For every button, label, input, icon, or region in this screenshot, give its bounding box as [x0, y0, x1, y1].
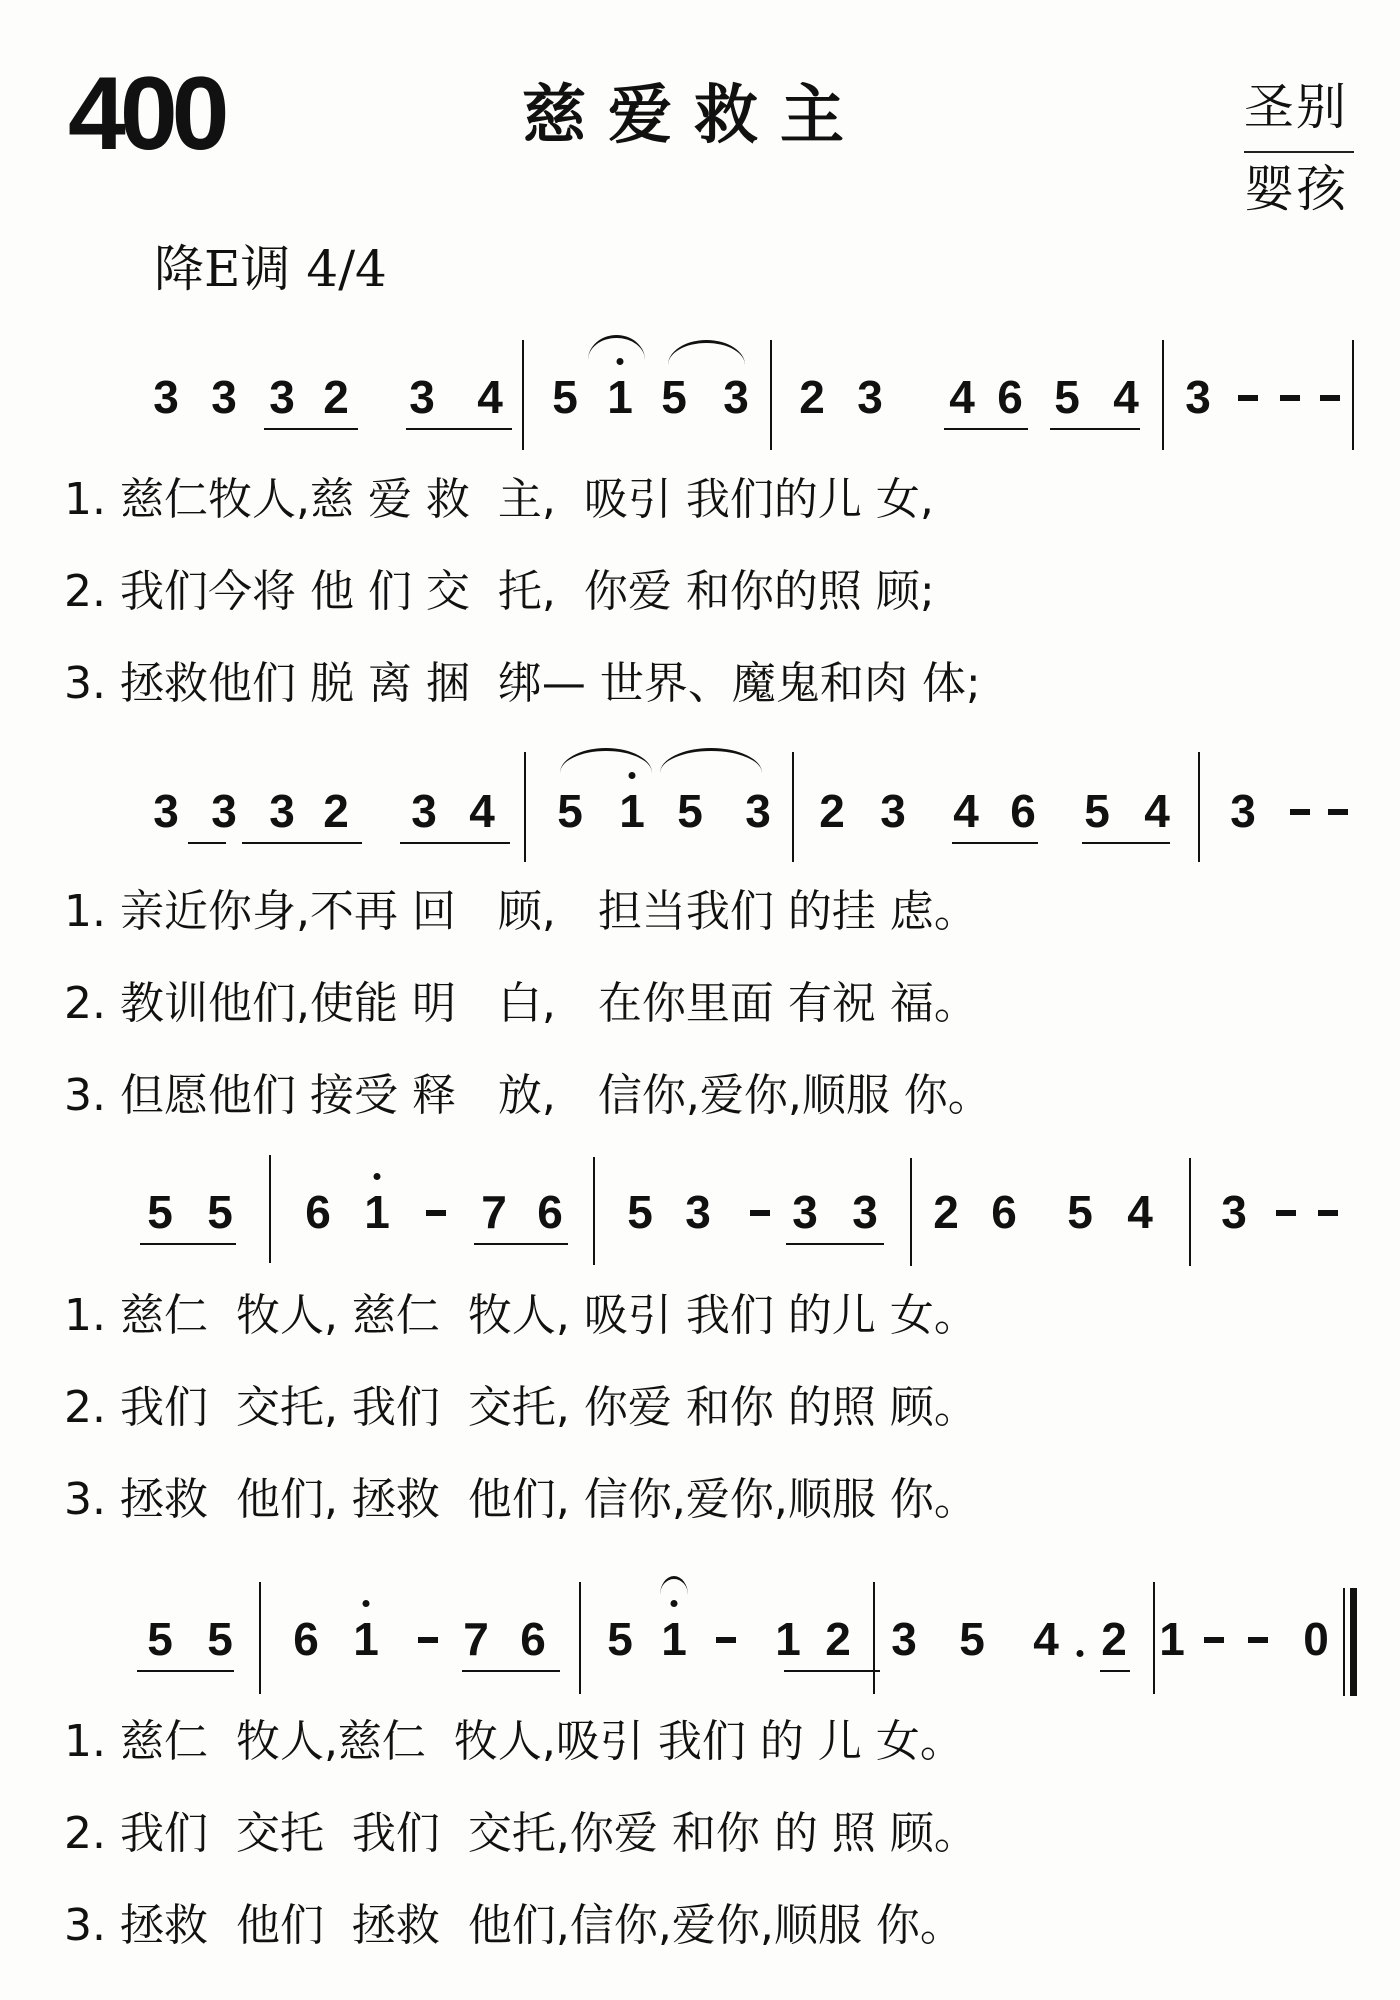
note: 2 [819, 788, 845, 834]
high-octave-dot [671, 1600, 678, 1607]
barline [269, 1155, 271, 1263]
category-bottom: 婴孩 [1244, 164, 1348, 214]
note: 4 [469, 788, 495, 834]
note: 3 [723, 374, 749, 420]
eighth-underline [952, 842, 1038, 844]
note: 4 [1113, 374, 1139, 420]
note: 5 [1084, 788, 1110, 834]
extension-dash [750, 1210, 770, 1216]
note: 4 [1144, 788, 1170, 834]
note: 7 [463, 1616, 489, 1662]
barline [873, 1582, 875, 1694]
note: 6 [537, 1189, 563, 1235]
eighth-underline [137, 1670, 234, 1672]
note: 3 [153, 374, 179, 420]
note: 2 [933, 1189, 959, 1235]
key-signature: 降E调 4/4 [154, 244, 387, 294]
category-top: 圣别 [1244, 82, 1348, 132]
lyric-line: 1. 慈仁牧人,慈 爱 救 主, 吸引 我们的儿 女, [64, 478, 934, 522]
extension-dash [1318, 1210, 1338, 1216]
note: 3 [1230, 788, 1256, 834]
note: 1 [1159, 1616, 1185, 1662]
note: 4 [949, 374, 975, 420]
note: 1 [364, 1189, 390, 1235]
note: 2 [323, 788, 349, 834]
barline [792, 752, 794, 862]
note: 4 [1127, 1189, 1153, 1235]
note: 3 [409, 374, 435, 420]
note: 3 [411, 788, 437, 834]
extension-dash [418, 1637, 438, 1643]
final-barline-thick [1350, 1588, 1357, 1696]
note: 5 [147, 1189, 173, 1235]
note: 5 [207, 1189, 233, 1235]
extension-dash [1280, 395, 1300, 401]
eighth-underline [242, 842, 362, 844]
barline [1189, 1158, 1191, 1266]
lyric-line: 3. 拯救他们 脱 离 捆 绑— 世界、魔鬼和肉 体; [64, 662, 981, 706]
extension-dash [1320, 395, 1340, 401]
note: 2 [825, 1616, 851, 1662]
note: 2 [323, 374, 349, 420]
note: 1 [353, 1616, 379, 1662]
eighth-underline [462, 1670, 560, 1672]
high-octave-dot [629, 772, 636, 779]
note: 3 [792, 1189, 818, 1235]
eighth-underline [140, 1243, 236, 1245]
barline [910, 1158, 912, 1266]
barline [770, 340, 772, 450]
lyric-line: 2. 我们 交托, 我们 交托, 你爱 和你 的照 顾。 [64, 1386, 978, 1430]
note: 5 [607, 1616, 633, 1662]
note: 3 [1221, 1189, 1247, 1235]
lyric-line: 3. 拯救 他们 拯救 他们,信你,爱你,顺服 你。 [64, 1904, 964, 1948]
note: 5 [147, 1616, 173, 1662]
note: 5 [677, 788, 703, 834]
slur-icon [668, 340, 745, 365]
extension-dash [1328, 809, 1348, 815]
note: 3 [269, 788, 295, 834]
barline [1162, 340, 1164, 450]
category-divider [1244, 151, 1354, 153]
note: 6 [520, 1616, 546, 1662]
eighth-underline [786, 1243, 884, 1245]
barline [579, 1582, 581, 1694]
note: 3 [685, 1189, 711, 1235]
note: 3 [211, 374, 237, 420]
note: 3 [852, 1189, 878, 1235]
extension-dash [1248, 1637, 1268, 1643]
note: 1 [661, 1616, 687, 1662]
lyric-line: 2. 我们 交托 我们 交托,你爱 和你 的 照 顾。 [64, 1812, 978, 1856]
note: 3 [891, 1616, 917, 1662]
high-octave-dot [374, 1173, 381, 1180]
note: 1 [775, 1616, 801, 1662]
lyric-line: 3. 拯救 他们, 拯救 他们, 信你,爱你,顺服 你。 [64, 1478, 978, 1522]
barline [524, 752, 526, 862]
high-octave-dot [363, 1600, 370, 1607]
extension-dash [426, 1210, 446, 1216]
barline [522, 340, 524, 450]
extension-dash [1238, 395, 1258, 401]
note: 5 [1067, 1189, 1093, 1235]
extension-dash [1204, 1637, 1224, 1643]
note: 5 [207, 1616, 233, 1662]
note: 4 [1033, 1616, 1059, 1662]
eighth-underline [474, 1243, 568, 1245]
note: 2 [799, 374, 825, 420]
augmentation-dot [1077, 1650, 1084, 1657]
eighth-underline [1100, 1670, 1130, 1672]
eighth-underline [406, 428, 512, 430]
hymn-title: 慈爱救主 [522, 84, 866, 148]
note: 5 [557, 788, 583, 834]
note: 6 [991, 1189, 1017, 1235]
lyric-line: 2. 我们今将 他 们 交 托, 你爱 和你的照 顾; [64, 570, 935, 614]
note: 3 [211, 788, 237, 834]
slur-icon [660, 748, 762, 773]
extension-dash [1290, 809, 1310, 815]
note: 3 [880, 788, 906, 834]
note: 5 [1054, 374, 1080, 420]
eighth-underline [1050, 428, 1140, 430]
barline [1198, 752, 1200, 862]
barline [593, 1157, 595, 1265]
lyric-line: 3. 但愿他们 接受 释 放, 信你,爱你,顺服 你。 [64, 1074, 992, 1118]
note: 5 [627, 1189, 653, 1235]
note: 6 [997, 374, 1023, 420]
note: 5 [552, 374, 578, 420]
note: 3 [745, 788, 771, 834]
lyric-line: 2. 教训他们,使能 明 白, 在你里面 有祝 福。 [64, 982, 978, 1026]
slur-icon [588, 335, 645, 360]
eighth-underline [944, 428, 1028, 430]
note: 6 [305, 1189, 331, 1235]
extension-dash [1276, 1210, 1296, 1216]
barline [259, 1582, 261, 1694]
eighth-underline [188, 842, 226, 844]
slur-icon [560, 748, 652, 773]
eighth-underline [784, 1670, 880, 1672]
note: 6 [1010, 788, 1036, 834]
note: 5 [661, 374, 687, 420]
note: 1 [607, 374, 633, 420]
barline [1153, 1582, 1155, 1694]
note: 4 [477, 374, 503, 420]
final-barline-thin [1343, 1588, 1345, 1696]
lyric-line: 1. 慈仁 牧人, 慈仁 牧人, 吸引 我们 的儿 女。 [64, 1294, 978, 1338]
fermata-icon [660, 1576, 688, 1595]
note: 6 [293, 1616, 319, 1662]
lyric-line: 1. 亲近你身,不再 回 顾, 担当我们 的挂 虑。 [64, 890, 978, 934]
eighth-underline [264, 428, 358, 430]
barline [1352, 340, 1354, 450]
note: 3 [269, 374, 295, 420]
note: 2 [1101, 1616, 1127, 1662]
eighth-underline [400, 842, 510, 844]
note: 0 [1303, 1616, 1329, 1662]
note: 3 [153, 788, 179, 834]
note: 3 [1185, 374, 1211, 420]
lyric-line: 1. 慈仁 牧人,慈仁 牧人,吸引 我们 的 儿 女。 [64, 1720, 964, 1764]
note: 5 [959, 1616, 985, 1662]
note: 4 [953, 788, 979, 834]
note: 1 [619, 788, 645, 834]
hymn-number: 400 [68, 62, 224, 166]
extension-dash [716, 1637, 736, 1643]
eighth-underline [1082, 842, 1170, 844]
note: 3 [857, 374, 883, 420]
note: 7 [481, 1189, 507, 1235]
